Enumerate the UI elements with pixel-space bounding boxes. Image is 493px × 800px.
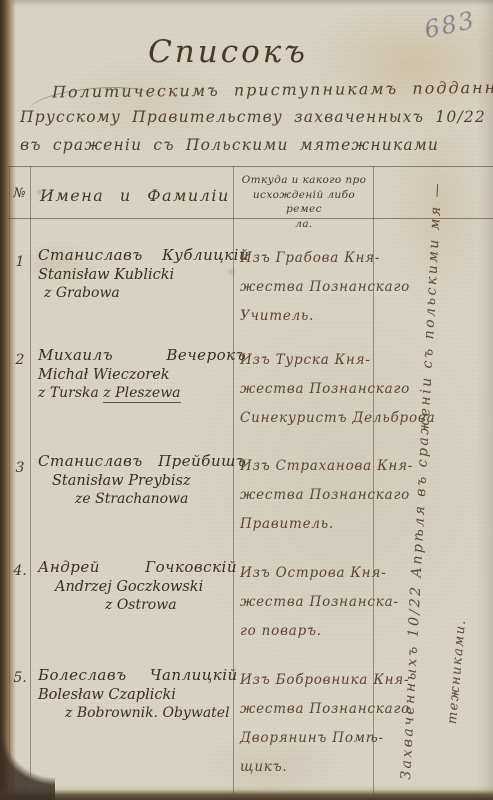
origin-line: Правитель. — [240, 516, 380, 545]
table-top-rule — [8, 166, 493, 167]
table-row-origin: Изъ Бобровника Кня- жества Познанскаго Д… — [240, 672, 380, 788]
row-number: 4. — [9, 563, 31, 579]
vertical-margin-note-line-2: тежниками. — [443, 596, 471, 747]
name-polish: Andrzej Goczkowski — [55, 579, 232, 595]
name-origin-place: z Turska z Pleszewa — [38, 385, 232, 401]
row-number: 3 — [9, 460, 31, 476]
origin-line: жества Познанскаго — [240, 701, 380, 730]
origin-line: Учитель. — [240, 308, 380, 337]
origin-line: Изъ Турска Кня- — [240, 352, 380, 381]
column-header-number: № — [9, 186, 30, 201]
name-polish: Michał Wieczorek — [38, 367, 232, 383]
from-text: z Ostrowa — [105, 597, 177, 613]
column-header-origin: Откуда и какого про исхожденій либо реме… — [238, 173, 370, 231]
origin-line: жества Познанскаго — [240, 487, 380, 516]
table-row-origin: Изъ Турска Кня- жества Познанскаго Синек… — [240, 352, 380, 439]
name-origin-place: z Grabowa — [44, 285, 232, 301]
from-text: z Bobrownik. Obywatel — [65, 705, 230, 721]
origin-line: Изъ Острова Кня- — [240, 565, 380, 594]
table-row-origin: Изъ Страханова Кня- жества Познанскаго П… — [240, 458, 380, 545]
column-header-origin-line: Откуда и какого про — [238, 173, 370, 188]
row-number: 5. — [9, 670, 31, 686]
page-number: 683 — [422, 4, 487, 44]
table-row-names: Станиславъ Кублицкій Stanisław Kublicki … — [38, 246, 232, 301]
name-russian: Станиславъ Прейбишъ — [38, 452, 232, 470]
table-row-names: Болеславъ Чаплицкій Bolesław Czaplicki z… — [38, 666, 232, 721]
name-polish: Stanisław Kublicki — [38, 267, 232, 283]
origin-line: щикъ. — [240, 759, 380, 788]
origin-line: жества Познанска- — [240, 594, 380, 623]
origin-line: жества Познанскаго — [240, 279, 380, 308]
name-russian: Андрей Гочковскій — [38, 558, 232, 576]
name-russian: Михаилъ Вечерокъ — [38, 346, 232, 364]
table-row-names: Станиславъ Прейбишъ Stanisław Preybisz z… — [38, 452, 232, 507]
column-header-origin-line: исхожденій либо ремес — [238, 188, 370, 217]
table-row-names: Михаилъ Вечерокъ Michał Wieczorek z Turs… — [38, 346, 232, 401]
table-row-origin: Изъ Грабова Кня- жества Познанскаго Учит… — [240, 250, 380, 337]
subtitle-line-3: въ сраженіи съ Польскими мятежниками — [20, 136, 439, 154]
origin-line: Изъ Грабова Кня- — [240, 250, 380, 279]
table-row-origin: Изъ Острова Кня- жества Познанска- го по… — [240, 565, 380, 652]
column-header-names: Имена и Фамиліи — [40, 186, 228, 205]
page-bottom-edge — [0, 786, 493, 800]
from-text: z Grabowa — [44, 285, 120, 301]
table-row-names: Андрей Гочковскій Andrzej Goczkowski z O… — [38, 558, 232, 613]
row-number: 2 — [9, 352, 31, 368]
name-origin-place: z Bobrownik. Obywatel — [65, 705, 232, 721]
from-text: ze Strachanowa — [75, 491, 188, 507]
name-polish: Bolesław Czaplicki — [38, 687, 232, 703]
column-header-origin-line: ла. — [238, 217, 370, 232]
name-origin-place: ze Strachanowa — [75, 491, 232, 507]
origin-line: го поваръ. — [240, 623, 380, 652]
origin-line: Изъ Бобровника Кня- — [240, 672, 380, 701]
from-text-underlined: z Pleszewa — [103, 385, 180, 403]
subtitle-line-2: Прусскому Правительству захваченныхъ 10/… — [20, 108, 493, 126]
origin-line: жества Познанскаго — [240, 381, 380, 410]
scanned-manuscript-page: 683 Списокъ Политическимъ приступникамъ … — [0, 0, 493, 800]
document-title: Списокъ — [128, 34, 328, 70]
origin-line: Синекуристъ Дельброва — [240, 410, 380, 439]
name-russian: Болеславъ Чаплицкій — [38, 666, 232, 684]
subtitle-line-1: Политическимъ приступникамъ подданныхъ — [52, 77, 493, 101]
origin-line: Дворянинъ Помѣ- — [240, 730, 380, 759]
name-russian: Станиславъ Кублицкій — [38, 246, 232, 264]
name-origin-place: z Ostrowa — [105, 597, 232, 613]
from-text: z Turska — [38, 385, 99, 401]
name-polish: Stanisław Preybisz — [52, 473, 232, 489]
origin-line: Изъ Страханова Кня- — [240, 458, 380, 487]
row-number: 1 — [9, 254, 31, 270]
